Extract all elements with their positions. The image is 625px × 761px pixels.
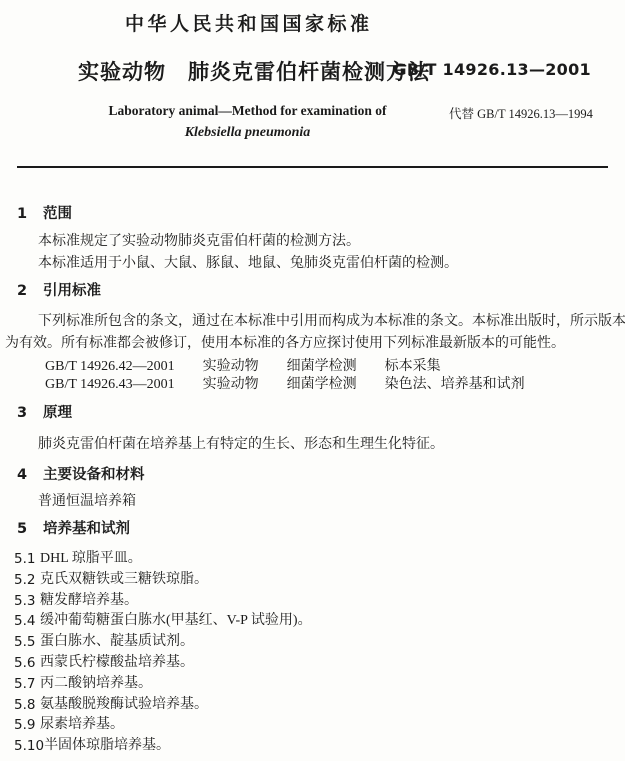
item-text: 氨基酸脱羧酶试验培养基。 — [40, 695, 208, 716]
list-item: 5.8 氨基酸脱羧酶试验培养基。 — [14, 695, 625, 716]
document-title-english: Laboratory animal—Method for examination… — [65, 100, 430, 144]
list-item: 5.10 半固体琼脂培养基。 — [14, 736, 625, 757]
item-text: 缓冲葡萄糖蛋白胨水(甲基红、V-P 试验用)。 — [40, 611, 312, 632]
section-2-paragraph-line1: 下列标准所包含的条文，通过在本标准中引用而构成为本标准的条文。本标准出版时，所示… — [38, 314, 625, 329]
list-item: 5.5 蛋白胨水、靛基质试剂。 — [14, 632, 625, 653]
document-title-chinese: 实验动物 肺炎克雷伯杆菌检测方法 — [78, 56, 430, 86]
item-number: 5.5 — [14, 632, 40, 653]
section-3-heading: 3 原理 — [17, 406, 625, 421]
list-item: 5.1 DHL 琼脂平皿。 — [14, 549, 625, 570]
referenced-standard: GB/T 14926.43—2001 实验动物 细菌学检测 染色法、培养基和试剂 — [45, 377, 625, 392]
item-number: 5.8 — [14, 695, 40, 716]
section-title: 原理 — [43, 406, 72, 421]
document-header: 中华人民共和国国家标准 实验动物 肺炎克雷伯杆菌检测方法 GB/T 14926.… — [0, 0, 625, 168]
section-4-paragraph: 普通恒温培养箱 — [38, 494, 625, 509]
item-text: 尿素培养基。 — [40, 715, 124, 736]
replaces-note: 代替 GB/T 14926.13—1994 — [449, 104, 593, 122]
item-text: 蛋白胨水、靛基质试剂。 — [40, 632, 194, 653]
section-number: 2 — [17, 284, 43, 299]
section-4-heading: 4 主要设备和材料 — [17, 468, 625, 483]
section-number: 5 — [17, 522, 43, 537]
section-number: 3 — [17, 406, 43, 421]
item-text: 丙二酸钠培养基。 — [40, 674, 152, 695]
section-1-heading: 1 范围 — [17, 207, 625, 222]
list-item: 5.9 尿素培养基。 — [14, 715, 625, 736]
item-number: 5.2 — [14, 570, 40, 591]
item-text: 糖发酵培养基。 — [40, 591, 138, 612]
item-number: 5.1 — [14, 549, 40, 570]
section-title: 培养基和试剂 — [43, 522, 130, 537]
section-title: 引用标准 — [43, 284, 101, 299]
item-number: 5.4 — [14, 611, 40, 632]
list-item: 5.6 西蒙氏柠檬酸盐培养基。 — [14, 653, 625, 674]
item-number: 5.6 — [14, 653, 40, 674]
section-2-paragraph-line2: 为有效。所有标准都会被修订，使用本标准的各方应探讨使用下列标准最新版本的可能性。 — [5, 336, 625, 351]
referenced-standard: GB/T 14926.42—2001 实验动物 细菌学检测 标本采集 — [45, 359, 625, 374]
english-title-line1: Laboratory animal—Method for examination… — [65, 100, 430, 122]
item-text: 克氏双糖铁或三糖铁琼脂。 — [40, 570, 208, 591]
list-item: 5.7 丙二酸钠培养基。 — [14, 674, 625, 695]
section-2-heading: 2 引用标准 — [17, 284, 625, 299]
header-divider — [17, 166, 608, 168]
section-number: 4 — [17, 468, 43, 483]
standard-document-page: 中华人民共和国国家标准 实验动物 肺炎克雷伯杆菌检测方法 GB/T 14926.… — [0, 0, 625, 761]
english-title-line2: Klebsiella pneumonia — [65, 122, 430, 144]
section-number: 1 — [17, 207, 43, 222]
list-item: 5.3 糖发酵培养基。 — [14, 591, 625, 612]
section-title: 主要设备和材料 — [43, 468, 145, 483]
item-number: 5.7 — [14, 674, 40, 695]
section-1-paragraph: 本标准规定了实验动物肺炎克雷伯杆菌的检测方法。 — [38, 234, 625, 249]
item-text: DHL 琼脂平皿。 — [40, 549, 142, 570]
section-1-paragraph: 本标准适用于小鼠、大鼠、豚鼠、地鼠、兔肺炎克雷伯杆菌的检测。 — [38, 256, 625, 271]
item-number: 5.10 — [14, 736, 44, 757]
list-item: 5.2 克氏双糖铁或三糖铁琼脂。 — [14, 570, 625, 591]
national-standard-banner: 中华人民共和国国家标准 — [125, 9, 373, 36]
section-title: 范围 — [43, 207, 72, 222]
media-reagent-list: 5.1 DHL 琼脂平皿。 5.2 克氏双糖铁或三糖铁琼脂。 5.3 糖发酵培养… — [0, 549, 625, 757]
item-text: 半固体琼脂培养基。 — [44, 736, 170, 757]
list-item: 5.4 缓冲葡萄糖蛋白胨水(甲基红、V-P 试验用)。 — [14, 611, 625, 632]
section-3-paragraph: 肺炎克雷伯杆菌在培养基上有特定的生长、形态和生理生化特征。 — [38, 437, 625, 452]
item-number: 5.3 — [14, 591, 40, 612]
section-5-heading: 5 培养基和试剂 — [17, 522, 625, 537]
item-text: 西蒙氏柠檬酸盐培养基。 — [40, 653, 194, 674]
item-number: 5.9 — [14, 715, 40, 736]
standard-number: GB/T 14926.13—2001 — [393, 60, 591, 79]
